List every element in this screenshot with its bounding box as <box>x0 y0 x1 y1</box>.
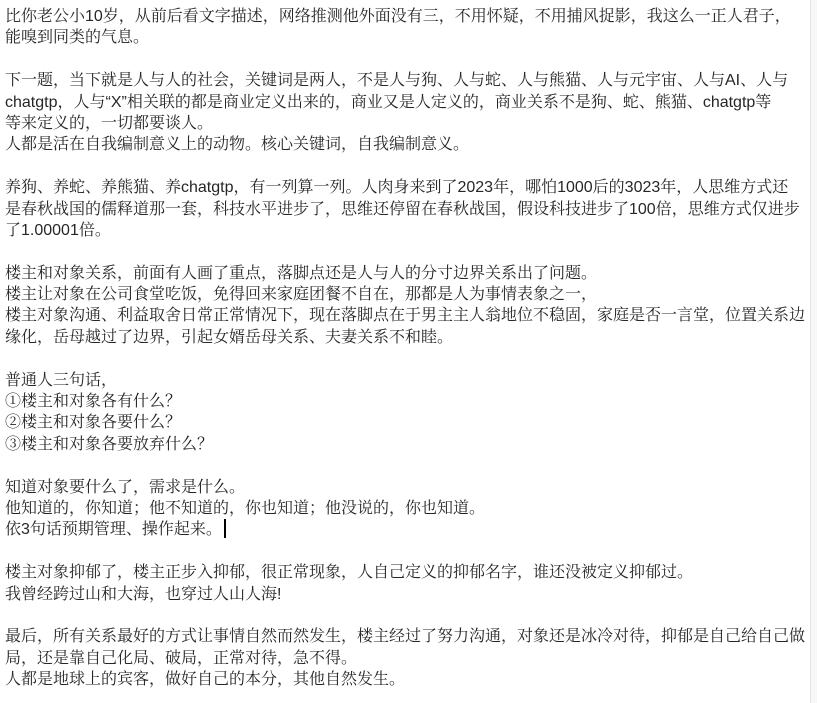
paragraph: 比你老公小10岁，从前后看文字描述，网络推测他外面没有三，不用怀疑，不用捕风捉影… <box>5 6 811 49</box>
text-line: 楼主和对象关系，前面有人画了重点，落脚点还是人与人的分寸边界关系出了问题。 <box>5 263 811 284</box>
text-line: 人都是活在自我编制意义上的动物。核心关键词，自我编制意义。 <box>5 134 811 155</box>
paragraph: 下一题，当下就是人与人的社会，关键词是两人，不是人与狗、人与蛇、人与熊猫、人与元… <box>5 70 811 156</box>
text-line: ②楼主和对象各要什么？ <box>5 412 811 433</box>
text-line: ③楼主和对象各要放弃什么？ <box>5 434 811 455</box>
paragraph: 养狗、养蛇、养熊猫、养chatgtp，有一列算一列。人肉身来到了2023年，哪怕… <box>5 177 811 241</box>
text-line: 缘化，岳母越过了边界，引起女婿岳母关系、夫妻关系不和睦。 <box>5 327 811 348</box>
text-line: 比你老公小10岁，从前后看文字描述，网络推测他外面没有三，不用怀疑，不用捕风捉影… <box>5 6 811 27</box>
text-line: 下一题，当下就是人与人的社会，关键词是两人，不是人与狗、人与蛇、人与熊猫、人与元… <box>5 70 811 91</box>
text-line: 人都是地球上的宾客，做好自己的本分，其他自然发生。 <box>5 669 811 690</box>
text-line: 是春秋战国的儒释道那一套，科技水平进步了，思维还停留在春秋战国，假设科技进步了1… <box>5 199 811 220</box>
paragraph: 楼主对象抑郁了，楼主正步入抑郁，很正常现象，人自己定义的抑郁名字，谁还没被定义抑… <box>5 562 811 605</box>
scrollbar-track[interactable] <box>810 0 817 703</box>
text-line: 等来定义的，一切都要谈人。 <box>5 113 811 134</box>
text-line: 了1.00001倍。 <box>5 220 811 241</box>
text-line: 他知道的，你知道；他不知道的，你也知道；他没说的，你也知道。 <box>5 498 811 519</box>
text-editor-area[interactable]: 比你老公小10岁，从前后看文字描述，网络推测他外面没有三，不用怀疑，不用捕风捉影… <box>5 6 811 691</box>
text-line: 依3句话预期管理、操作起来。 <box>5 519 811 540</box>
text-caret <box>224 519 226 538</box>
paragraph: 楼主和对象关系，前面有人画了重点，落脚点还是人与人的分寸边界关系出了问题。 楼主… <box>5 263 811 349</box>
text-line: 能嗅到同类的气息。 <box>5 27 811 48</box>
text-line: 养狗、养蛇、养熊猫、养chatgtp，有一列算一列。人肉身来到了2023年，哪怕… <box>5 177 811 198</box>
text-line: 楼主让对象在公司食堂吃饭，免得回来家庭团餐不自在，那都是人为事情表象之一， <box>5 284 811 305</box>
text-line: 普通人三句话， <box>5 370 811 391</box>
text-line-content: 依3句话预期管理、操作起来。 <box>5 521 222 538</box>
paragraph: 知道对象要什么了，需求是什么。 他知道的，你知道；他不知道的，你也知道；他没说的… <box>5 477 811 541</box>
paragraph: 普通人三句话， ①楼主和对象各有什么？ ②楼主和对象各要什么？ ③楼主和对象各要… <box>5 370 811 456</box>
text-line: ①楼主和对象各有什么？ <box>5 391 811 412</box>
text-line: chatgtp，人与“X”相关联的都是商业定义出来的，商业又是人定义的，商业关系… <box>5 92 811 113</box>
text-line: 我曾经跨过山和大海，也穿过人山人海! <box>5 584 811 605</box>
text-line: 最后，所有关系最好的方式让事情自然而然发生，楼主经过了努力沟通，对象还是冰冷对待… <box>5 626 811 647</box>
text-line: 楼主对象沟通、利益取舍日常正常情况下，现在落脚点在于男主主人翁地位不稳固，家庭是… <box>5 305 811 326</box>
text-line: 知道对象要什么了，需求是什么。 <box>5 477 811 498</box>
paragraph: 最后，所有关系最好的方式让事情自然而然发生，楼主经过了努力沟通，对象还是冰冷对待… <box>5 626 811 690</box>
text-line: 局，还是靠自己化局、破局，正常对待，急不得。 <box>5 648 811 669</box>
text-line: 楼主对象抑郁了，楼主正步入抑郁，很正常现象，人自己定义的抑郁名字，谁还没被定义抑… <box>5 562 811 583</box>
